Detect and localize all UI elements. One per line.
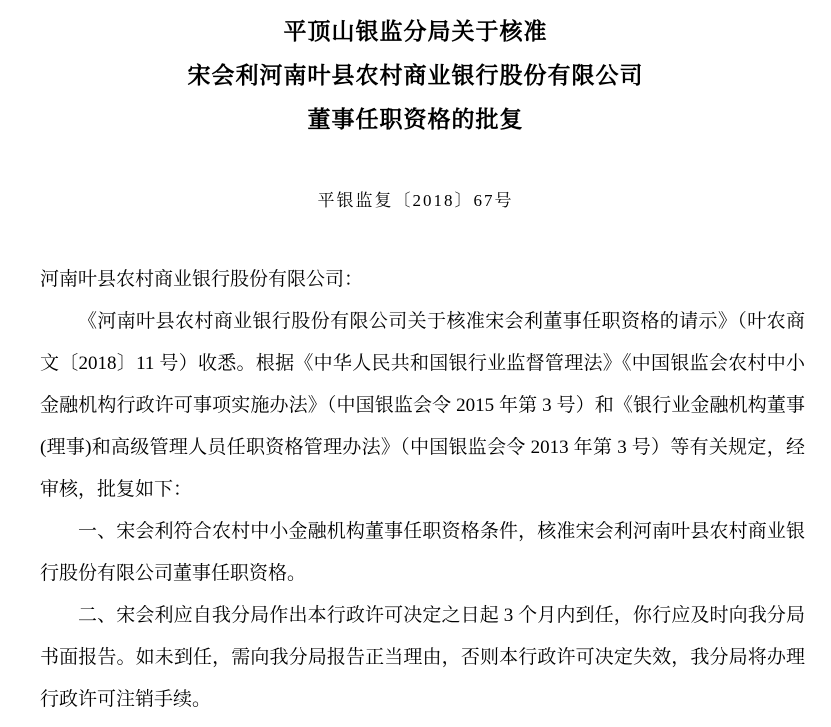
title-line-1: 平顶山银监分局关于核准	[0, 10, 831, 54]
body-paragraph-3: 二、宋会利应自我分局作出本行政许可决定之日起 3 个月内到任，你行应及时向我分局…	[40, 595, 805, 721]
body-paragraph-2: 一、宋会利符合农村中小金融机构董事任职资格条件，核准宋会利河南叶县农村商业银行股…	[40, 511, 805, 595]
title-line-3: 董事任职资格的批复	[0, 98, 831, 142]
body-paragraph-1: 《河南叶县农村商业银行股份有限公司关于核准宋会利董事任职资格的请示》（叶农商文〔…	[40, 301, 805, 511]
document-number: 平银监复〔2018〕67号	[0, 186, 831, 216]
document-title: 平顶山银监分局关于核准 宋会利河南叶县农村商业银行股份有限公司 董事任职资格的批…	[0, 0, 831, 142]
addressee-line: 河南叶县农村商业银行股份有限公司：	[40, 259, 805, 301]
document-page: 平顶山银监分局关于核准 宋会利河南叶县农村商业银行股份有限公司 董事任职资格的批…	[0, 0, 831, 727]
document-body: 河南叶县农村商业银行股份有限公司： 《河南叶县农村商业银行股份有限公司关于核准宋…	[0, 259, 831, 721]
title-line-2: 宋会利河南叶县农村商业银行股份有限公司	[0, 54, 831, 98]
